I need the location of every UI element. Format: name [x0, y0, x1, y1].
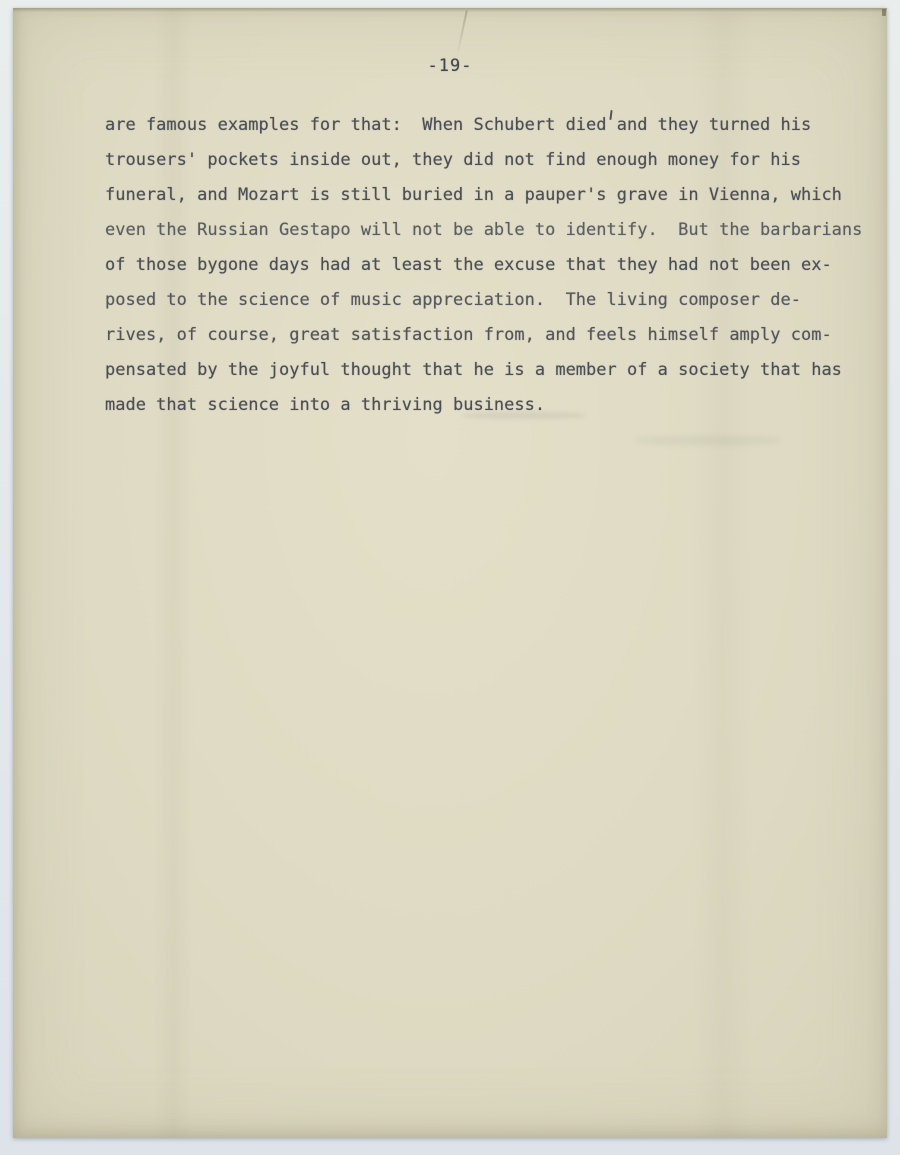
- ink-smudge: [633, 436, 783, 445]
- page-top-edge: [13, 8, 887, 12]
- typed-line: pensated by the joyful thought that he i…: [105, 353, 885, 388]
- typed-line: posed to the science of music appreciati…: [105, 283, 885, 318]
- typed-line: even the Russian Gestapo will not be abl…: [105, 213, 885, 248]
- typed-line: funeral, and Mozart is still buried in a…: [105, 178, 885, 213]
- typed-line: are famous examples for that: When Schub…: [105, 108, 885, 143]
- typed-line: rives, of course, great satisfaction fro…: [105, 318, 885, 353]
- typed-line: of those bygone days had at least the ex…: [105, 248, 885, 283]
- scan-background: -19- are famous examples for that: When …: [0, 0, 900, 1155]
- document-page: -19- are famous examples for that: When …: [13, 8, 887, 1138]
- page-number: -19-: [13, 56, 887, 76]
- typed-paragraph: are famous examples for that: When Schub…: [105, 108, 885, 423]
- paper-crease: [456, 10, 468, 55]
- typed-line: trousers' pockets inside out, they did n…: [105, 143, 885, 178]
- corner-ink-speck: [882, 9, 886, 16]
- ink-smudge: [461, 412, 586, 419]
